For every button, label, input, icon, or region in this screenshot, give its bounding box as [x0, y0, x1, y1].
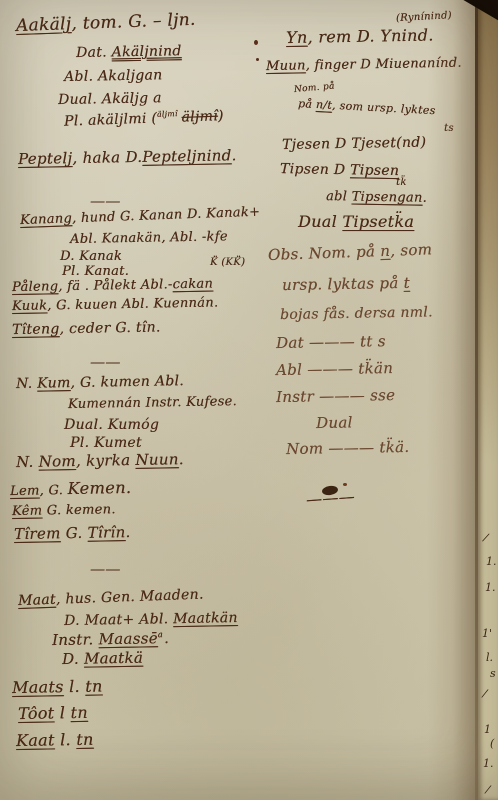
text-segment: Kêm: [12, 503, 43, 519]
text-segment: Instr: [276, 387, 314, 406]
handwritten-line: bojas fås. dersa nml.: [280, 305, 433, 322]
text-segment: ——: [90, 192, 121, 210]
text-segment: , som ursp. lyktes: [332, 99, 436, 117]
text-segment: t: [403, 274, 410, 292]
handwritten-line: Dual. Akäljg a: [58, 91, 162, 107]
text-segment: Dual. Akäljg a: [58, 90, 162, 108]
text-segment: D. Maat+ Abl.: [64, 611, 173, 629]
text-segment: N.: [16, 376, 37, 392]
text-segment: tk̈än: [358, 359, 393, 378]
text-segment: Aakälj: [16, 14, 72, 36]
text-segment: Muun: [266, 58, 306, 74]
handwritten-line: Tipsen D Tipsen: [280, 162, 399, 178]
text-segment: , finger D Miuenanínd.: [306, 56, 462, 74]
text-segment: Instr.: [52, 630, 99, 649]
text-segment: ts: [444, 123, 454, 134]
text-segment: Peptelj: [18, 149, 73, 168]
text-segment: , G. kuuen Abl. Kuennán.: [47, 295, 218, 313]
text-segment: abl: [326, 189, 352, 204]
handwritten-line: ts: [444, 124, 454, 134]
text-segment: Pepteljnind: [142, 146, 232, 166]
handwritten-line: Aakälj, tom. G. – ljn.: [16, 12, 196, 35]
handwritten-line: Maats l. tn: [12, 678, 103, 696]
text-segment: , som: [390, 240, 433, 259]
text-segment: Lem: [10, 483, 40, 499]
text-segment: Abl: [276, 361, 302, 379]
text-segment: D.: [62, 650, 84, 668]
text-segment: .: [164, 629, 169, 647]
text-segment: Maat: [18, 592, 56, 609]
handwritten-line: D. Maatkä: [62, 651, 143, 667]
handwritten-line: Maat, hus. Gen. Maaden.: [18, 588, 204, 608]
handwritten-line: tk̈: [396, 178, 407, 188]
next-page-edge: [478, 0, 498, 800]
handwritten-line: abl Tipsengan.: [326, 190, 427, 205]
handwritten-line: Dual: [316, 415, 353, 431]
text-segment: n/t: [316, 98, 333, 112]
text-segment: tk̈ä.: [379, 438, 409, 457]
text-segment: Tôot: [18, 703, 55, 723]
text-segment: bojas fås. dersa nml.: [280, 304, 433, 323]
handwritten-line: Tîteng, ceder G. tîn.: [12, 320, 161, 337]
handwritten-line: Nom ——— tk̈ä.: [286, 440, 410, 457]
handwritten-line: K̈ (KK̈): [210, 258, 245, 268]
text-segment: K̈ (KK̈): [210, 257, 245, 268]
text-segment: l.: [63, 677, 85, 696]
text-segment: Tipsengan: [351, 189, 422, 205]
text-segment: Yn: [286, 28, 308, 47]
handwritten-line: Abl. Akaljgan: [64, 68, 163, 84]
text-segment: äljmî: [157, 109, 181, 119]
handwritten-line: Muun, finger D Miuenanínd.: [266, 57, 462, 73]
text-segment: Kumennán Instr. Kufese.: [68, 394, 237, 412]
text-segment: Tipsen D: [280, 161, 350, 178]
text-segment: (Rynínind): [396, 10, 452, 24]
handwritten-line: Pl. akäljlmi (äljmî äljmî): [64, 108, 224, 128]
text-segment: Tîrem: [14, 524, 61, 543]
handwritten-line: på n/t, som ursp. lyktes: [298, 98, 436, 116]
text-segment: l: [54, 703, 71, 722]
text-segment: Maatkä: [84, 649, 143, 668]
handwritten-line: Påleng, fä . Pålekt Abl.-cakan: [12, 277, 213, 294]
text-segment: tn: [76, 730, 94, 749]
text-segment: Dat: [276, 334, 304, 352]
handwritten-line: D. Maat+ Abl. Maatkän: [64, 611, 238, 628]
text-segment: ursp. lyktas på: [282, 274, 404, 294]
handwritten-line: Pl. Kanat.: [62, 265, 129, 278]
text-segment: G.: [60, 524, 87, 542]
text-segment: ———: [323, 438, 379, 457]
text-segment: , haka D.: [72, 148, 142, 167]
text-segment: Nom: [38, 452, 76, 471]
text-segment: .: [422, 191, 427, 206]
text-segment: , G.: [39, 483, 67, 498]
handwritten-line: Abl. Kanakän, Abl. -kfe: [70, 230, 228, 246]
text-segment: Kanang: [20, 211, 73, 228]
text-segment: ——: [90, 560, 121, 578]
handwritten-line: (Rynínind): [396, 11, 452, 24]
handwritten-line: Instr. Maassēa.: [52, 630, 169, 648]
text-segment: tn: [85, 676, 103, 695]
handwritten-line: Lem, G. Kemen.: [10, 480, 132, 498]
text-segment: ———: [302, 360, 358, 379]
handwritten-line: Tôot l tn: [18, 705, 88, 722]
text-segment: tn: [70, 703, 88, 722]
handwritten-line: N. Kum, G. kumen Abl.: [16, 374, 184, 391]
text-segment: , kyrka: [76, 451, 136, 470]
text-segment: Dual: [298, 212, 342, 231]
text-segment: , G. kumen Abl.: [70, 373, 184, 391]
text-segment: Pl. Kanat.: [62, 264, 129, 279]
text-segment: Nom. på: [294, 81, 335, 95]
handwritten-line: ——: [90, 562, 121, 577]
text-segment: Tjesen D Tjeset(nd): [282, 134, 427, 153]
text-segment: , ceder G. tîn.: [59, 319, 160, 337]
ink-speck: [256, 58, 259, 61]
text-segment: tt s: [360, 332, 386, 350]
handwritten-line: Dat ——— tt s: [276, 334, 386, 351]
text-segment: äljmî: [181, 108, 218, 125]
handwritten-line: ——: [90, 194, 121, 209]
text-segment: tk̈: [396, 177, 407, 188]
handwritten-line: Tjesen D Tjeset(nd): [282, 135, 426, 152]
text-segment: Nom: [286, 439, 324, 458]
text-segment: , tom. G. – ljn.: [71, 10, 196, 34]
text-segment: Pl. Kumet: [70, 435, 142, 451]
text-segment: Maatkän: [173, 610, 238, 627]
ink-speck: [343, 483, 347, 486]
text-segment: N.: [16, 453, 39, 471]
text-segment: Abl. Akaljgan: [64, 67, 163, 85]
text-segment: ———: [304, 333, 360, 352]
text-segment: Maassē: [98, 629, 158, 648]
text-segment: Nuun: [135, 450, 179, 469]
text-segment: D. Kanak: [60, 249, 122, 264]
text-segment: Tîteng: [12, 321, 60, 338]
handwritten-line: Kaat l. tn: [16, 732, 94, 749]
text-segment: sse: [370, 386, 395, 404]
handwritten-line: Dat. Akäljnind: [76, 44, 182, 60]
text-segment: Kum: [37, 375, 71, 392]
handwritten-line: ursp. lyktas på t: [282, 276, 410, 293]
text-segment: Kemen.: [67, 478, 131, 498]
text-segment: G. kemen.: [42, 502, 116, 518]
handwritten-line: Kêm G. kemen.: [12, 503, 116, 518]
handwritten-line: Tîrem G. Tîrîn.: [14, 525, 131, 542]
text-segment: .: [178, 450, 183, 468]
handwritten-line: Kumennán Instr. Kufese.: [68, 395, 237, 411]
text-segment: Obs. Nom. på: [268, 242, 381, 264]
text-segment: Akäljnind: [111, 43, 181, 60]
text-segment: ———: [314, 386, 370, 405]
handwritten-line: ——: [90, 355, 121, 370]
text-segment: Abl. Kanakän, Abl. -kfe: [70, 229, 228, 247]
text-segment: Dual. Kumóg: [64, 417, 159, 433]
text-segment: Maats: [12, 677, 64, 697]
text-segment: cakan: [172, 276, 213, 292]
text-segment: , fä . Pålekt Abl.-: [58, 277, 173, 294]
handwritten-line: Yn, rem D. Ynind.: [286, 27, 434, 46]
handwritten-line: Instr ——— sse: [276, 388, 395, 405]
text-segment: l.: [54, 730, 76, 749]
text-segment: Kuuk: [12, 298, 48, 314]
handwritten-line: D. Kanak: [60, 250, 122, 263]
text-segment: ): [218, 108, 224, 124]
manuscript-photo: Aakälj, tom. G. – ljn.Dat. AkäljnindAbl.…: [0, 0, 498, 800]
handwritten-line: Dual Tipsetk̈a: [298, 214, 414, 230]
text-segment: på: [298, 97, 317, 111]
handwritten-line: Nom. på: [294, 82, 335, 95]
handwritten-line: Kuuk, G. kuuen Abl. Kuennán.: [12, 296, 219, 313]
ink-speck: [254, 40, 258, 45]
text-segment: Tipsetk̈a: [342, 212, 414, 231]
handwritten-line: Obs. Nom. på n, som: [268, 242, 433, 263]
handwritten-line: Kanang, hund G. Kanan D. Kanak+: [20, 206, 261, 227]
text-segment: Tîrîn: [87, 523, 125, 542]
handwritten-line: Abl ——— tk̈än: [276, 361, 393, 378]
text-segment: .: [125, 523, 130, 541]
text-segment: Dat.: [76, 44, 112, 61]
manuscript-page: Aakälj, tom. G. – ljn.Dat. AkäljnindAbl.…: [0, 0, 498, 800]
handwritten-line: Peptelj, haka D.Pepteljnind.: [18, 148, 237, 167]
text-segment: Kaat: [16, 730, 55, 750]
text-segment: , rem D. Ynind.: [307, 25, 433, 46]
handwritten-line: Dual. Kumóg: [64, 418, 159, 432]
text-segment: .: [231, 146, 236, 164]
text-segment: Dual: [316, 413, 353, 432]
text-segment: Tipsen: [350, 162, 399, 179]
text-segment: Påleng: [12, 279, 59, 295]
text-segment: Pl. akäljlmi (: [64, 110, 158, 129]
text-segment: , hus. Gen. Maaden.: [56, 587, 204, 608]
text-segment: ——: [90, 353, 121, 371]
handwritten-line: N. Nom, kyrka Nuun.: [16, 452, 184, 470]
handwritten-line: Pl. Kumet: [70, 436, 142, 450]
text-segment: a: [158, 629, 163, 639]
